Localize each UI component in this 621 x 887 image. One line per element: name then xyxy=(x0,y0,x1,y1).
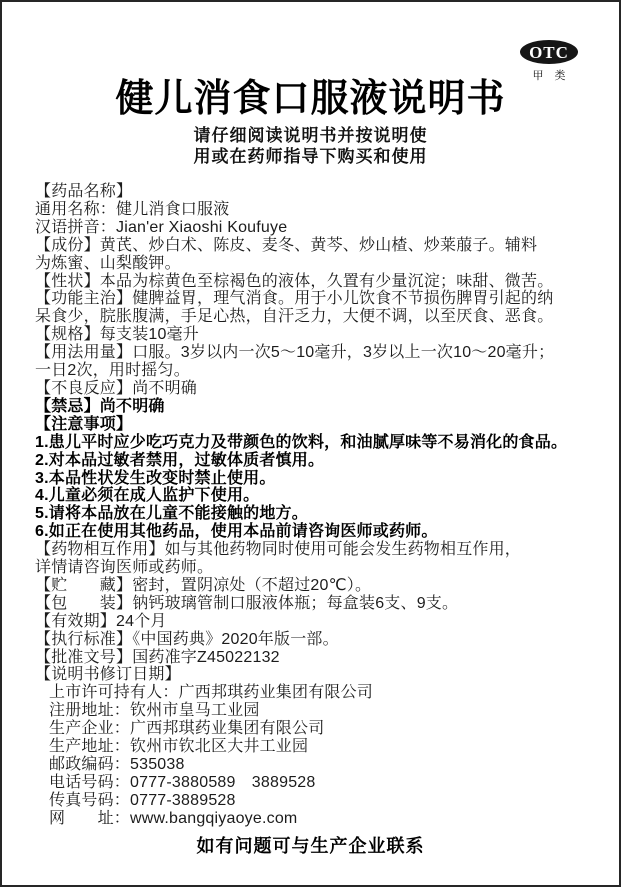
license-holder-line: 上市许可持有人：广西邦琪药业集团有限公司 xyxy=(35,684,593,702)
usage-notice-line-1: 请仔细阅读说明书并按说明使 xyxy=(2,125,619,146)
section-drug-name: 【药品名称】 xyxy=(35,183,593,201)
manufacturer-line: 生产企业：广西邦琪药业集团有限公司 xyxy=(35,720,593,738)
indications-cont: 呆食少，脘胀腹满，手足心热，自汗乏力，大便不调，以至厌食、恶食。 xyxy=(35,308,593,326)
precaution-6: 6.如正在使用其他药品，使用本品前请咨询医师或药师。 xyxy=(35,523,593,541)
usage-notice-line-2: 用或在药师指导下购买和使用 xyxy=(2,146,619,167)
section-contraindications: 【禁忌】尚不明确 xyxy=(35,398,593,416)
page-title: 健儿消食口服液说明书 xyxy=(2,78,619,120)
otc-logo-text: OTC xyxy=(529,44,569,61)
section-description: 【性状】本品为棕黄色至棕褐色的液体，久置有少量沉淀；味甜、微苦。 xyxy=(35,273,593,291)
precaution-5: 5.请将本品放在儿童不能接触的地方。 xyxy=(35,505,593,523)
otc-logo-icon: OTC xyxy=(520,40,578,64)
otc-badge: OTC 甲 类 xyxy=(514,40,584,83)
postal-code-line: 邮政编码：535038 xyxy=(35,756,593,774)
section-standard: 【执行标准】《中国药典》2020年版一部。 xyxy=(35,631,593,649)
dosage-cont: 一日2次，用时摇匀。 xyxy=(35,362,593,380)
drug-interactions-cont: 详情请咨询医师或药师。 xyxy=(35,559,593,577)
section-ingredients: 【成份】黄芪、炒白术、陈皮、麦冬、黄芩、炒山楂、炒莱菔子。辅料 xyxy=(35,237,593,255)
section-validity: 【有效期】24个月 xyxy=(35,613,593,631)
section-storage: 【贮 藏】密封，置阴凉处（不超过20℃）。 xyxy=(35,577,593,595)
registered-address-line: 注册地址：钦州市皇马工业园 xyxy=(35,702,593,720)
usage-notice: 请仔细阅读说明书并按说明使 用或在药师指导下购买和使用 xyxy=(2,125,619,167)
pinyin-line: 汉语拼音：Jian'er Xiaoshi Koufuye xyxy=(35,219,593,237)
generic-name-line: 通用名称：健儿消食口服液 xyxy=(35,201,593,219)
precaution-1: 1.患儿平时应少吃巧克力及带颜色的饮料，和油腻厚味等不易消化的食品。 xyxy=(35,434,593,452)
package-insert-page: OTC 甲 类 健儿消食口服液说明书 请仔细阅读说明书并按说明使 用或在药师指导… xyxy=(0,0,621,887)
section-indications: 【功能主治】健脾益胃，理气消食。用于小儿饮食不节损伤脾胃引起的纳 xyxy=(35,290,593,308)
precaution-4: 4.儿童必须在成人监护下使用。 xyxy=(35,487,593,505)
section-packaging: 【包 装】钠钙玻璃管制口服液体瓶；每盒装6支、9支。 xyxy=(35,595,593,613)
insert-body: 【药品名称】 通用名称：健儿消食口服液 汉语拼音：Jian'er Xiaoshi… xyxy=(35,183,593,828)
production-address-line: 生产地址：钦州市钦北区大井工业园 xyxy=(35,738,593,756)
fax-number-line: 传真号码：0777-3889528 xyxy=(35,792,593,810)
ingredients-cont: 为炼蜜、山梨酸钾。 xyxy=(35,255,593,273)
section-revision-date: 【说明书修订日期】 xyxy=(35,666,593,684)
section-drug-interactions: 【药物相互作用】如与其他药物同时使用可能会发生药物相互作用， xyxy=(35,541,593,559)
phone-number-line: 电话号码：0777-3880589 3889528 xyxy=(35,774,593,792)
precaution-2: 2.对本品过敏者禁用，过敏体质者慎用。 xyxy=(35,452,593,470)
footer-note: 如有问题可与生产企业联系 xyxy=(2,832,619,858)
section-approval-number: 【批准文号】国药准字Z45022132 xyxy=(35,649,593,667)
section-precautions: 【注意事项】 xyxy=(35,416,593,434)
section-dosage: 【用法用量】口服。3岁以内一次5～10毫升，3岁以上一次10～20毫升； xyxy=(35,344,593,362)
website-line: 网 址：www.bangqiyaoye.com xyxy=(35,810,593,828)
section-specification: 【规格】每支装10毫升 xyxy=(35,326,593,344)
precaution-3: 3.本品性状发生改变时禁止使用。 xyxy=(35,470,593,488)
section-adverse-reactions: 【不良反应】尚不明确 xyxy=(35,380,593,398)
